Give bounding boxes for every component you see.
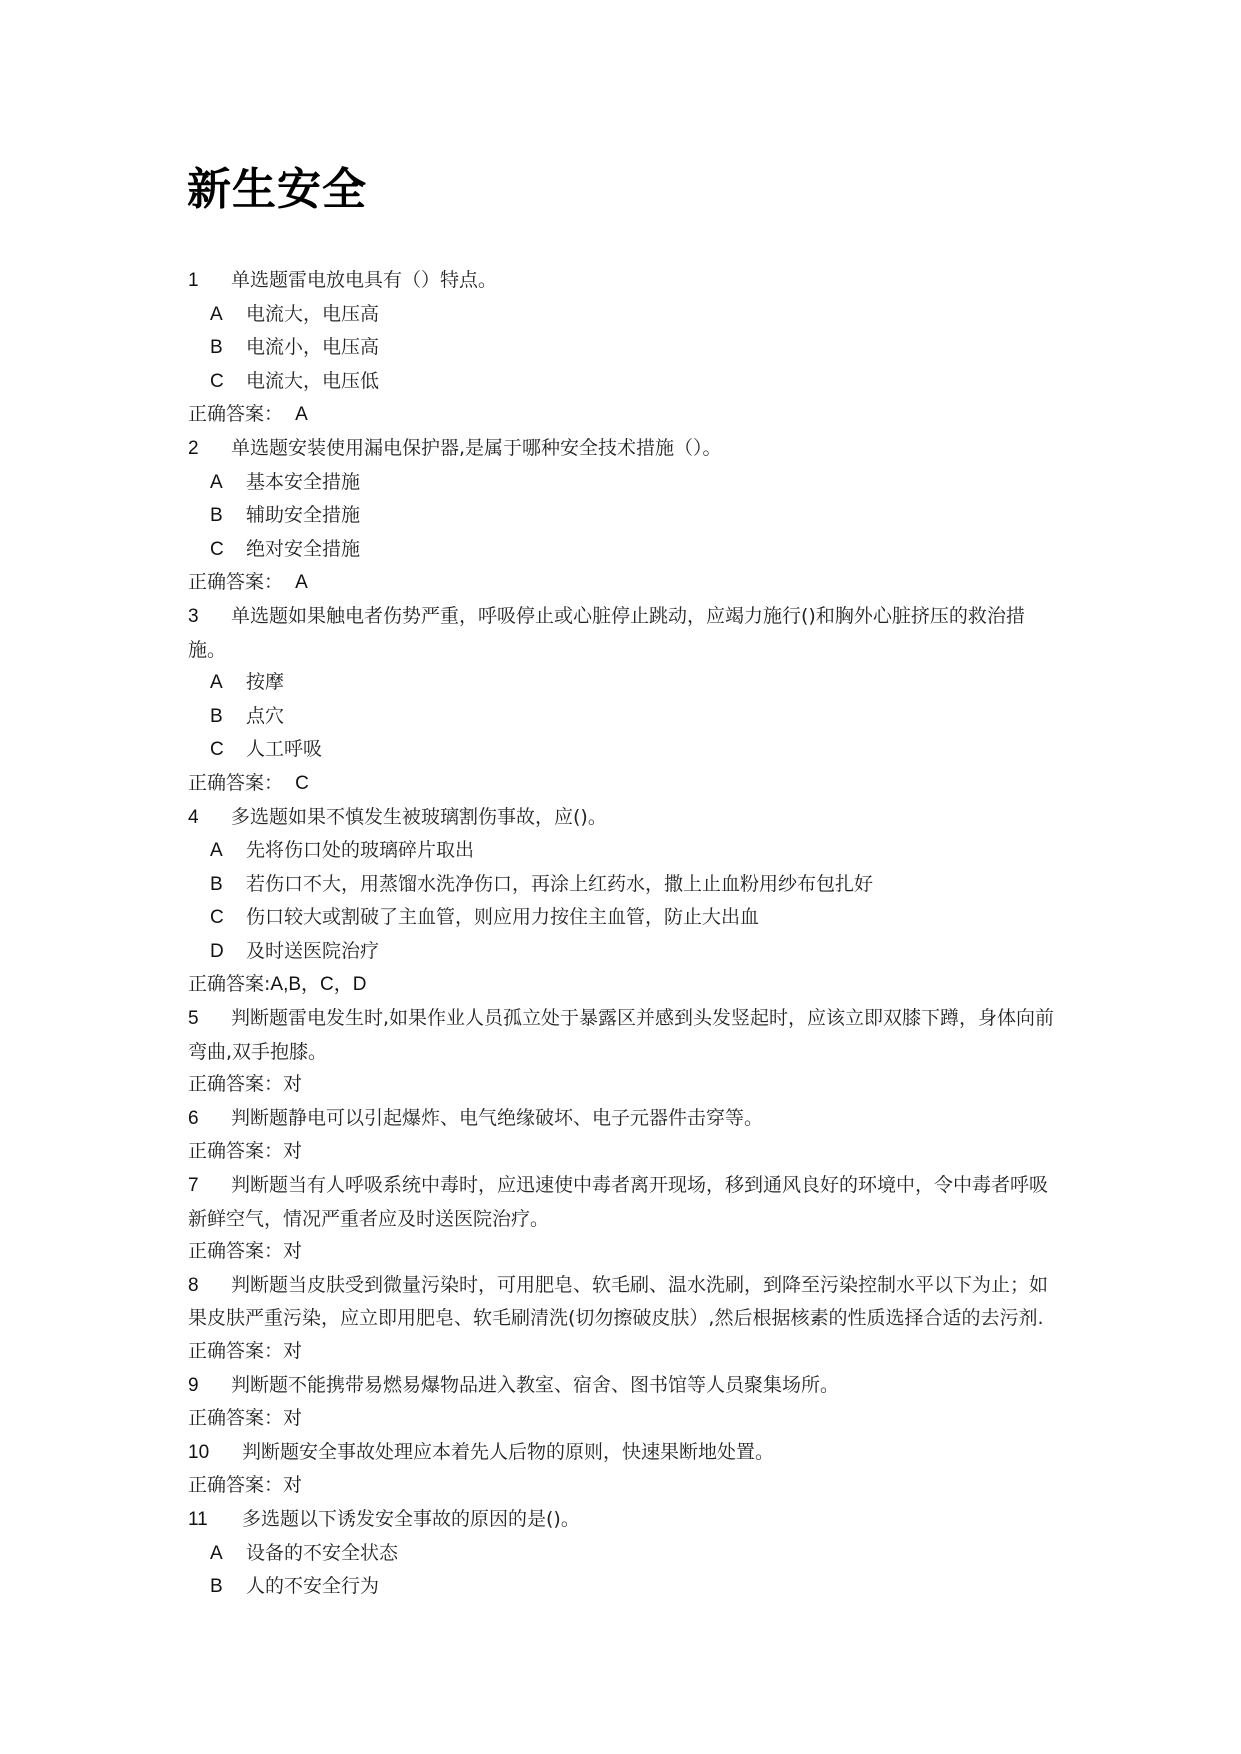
option-text: 基本安全措施 — [246, 471, 360, 493]
question-number: 7 — [188, 1170, 231, 1203]
answer-line: 正确答案： C — [188, 767, 1058, 801]
option-key: B — [210, 1571, 246, 1604]
question-3: 3单选题如果触电者伤势严重，呼吸停止或心脏停止跳动，应竭力施行()和胸外心脏挤压… — [188, 600, 1058, 801]
option-b: B辅助安全措施 — [188, 499, 1058, 533]
question-9: 9判断题不能携带易燃易爆物品进入教室、宿舍、图书馆等人员聚集场所。 正确答案：对 — [188, 1369, 1058, 1436]
option-key: A — [210, 667, 246, 700]
question-6: 6判断题静电可以引起爆炸、电气绝缘破坏、电子元器件击穿等。 正确答案：对 — [188, 1102, 1058, 1169]
answer-label: 正确答案： — [188, 772, 283, 794]
answer-line: 正确答案：对 — [188, 1235, 1058, 1269]
question-2: 2单选题安装使用漏电保护器,是属于哪种安全技术措施（）。 A基本安全措施 B辅助… — [188, 432, 1058, 600]
question-text: 单选题安装使用漏电保护器,是属于哪种安全技术措施（）。 — [231, 437, 722, 459]
option-key: B — [210, 500, 246, 533]
question-10: 10判断题安全事故处理应本着先人后物的原则，快速果断地处置。 正确答案：对 — [188, 1436, 1058, 1503]
option-key: C — [210, 534, 246, 567]
answer-line: 正确答案：对 — [188, 1135, 1058, 1169]
option-key: A — [210, 1538, 246, 1571]
answer-line: 正确答案： A — [188, 566, 1058, 600]
answer-value: 对 — [283, 1475, 302, 1496]
answer-value: A — [295, 572, 308, 593]
option-text: 伤口较大或割破了主血管，则应用力按住主血管，防止大出血 — [246, 906, 759, 928]
option-key: C — [210, 902, 246, 935]
option-key: B — [210, 869, 246, 902]
answer-value: 对 — [283, 1074, 302, 1095]
answer-value: 对 — [283, 1341, 302, 1362]
answer-label: 正确答案： — [188, 1474, 283, 1496]
option-key: D — [210, 936, 246, 969]
question-5: 5判断题雷电发生时,如果作业人员孤立处于暴露区并感到头发竖起时，应该立即双膝下蹲… — [188, 1002, 1058, 1102]
option-c: C人工呼吸 — [188, 733, 1058, 767]
answer-label: 正确答案： — [188, 1340, 283, 1362]
question-text: 判断题静电可以引起爆炸、电气绝缘破坏、电子元器件击穿等。 — [231, 1107, 763, 1129]
answer-line: 正确答案：对 — [188, 1068, 1058, 1102]
question-stem: 4多选题如果不慎发生被玻璃割伤事故，应()。 — [188, 801, 1058, 835]
question-number: 6 — [188, 1103, 231, 1136]
answer-value: 对 — [283, 1141, 302, 1162]
answer-label: 正确答案： — [188, 571, 283, 593]
option-key: B — [210, 701, 246, 734]
answer-value: C — [295, 773, 309, 794]
question-stem: 9判断题不能携带易燃易爆物品进入教室、宿舍、图书馆等人员聚集场所。 — [188, 1369, 1058, 1403]
option-b: B若伤口不大，用蒸馏水洗净伤口，再涂上红药水，撒上止血粉用纱布包扎好 — [188, 868, 1058, 902]
option-d: D及时送医院治疗 — [188, 935, 1058, 969]
option-key: A — [210, 467, 246, 500]
option-text: 人工呼吸 — [246, 738, 322, 760]
option-key: A — [210, 835, 246, 868]
answer-label: 正确答案： — [188, 403, 283, 425]
question-11: 11多选题以下诱发安全事故的原因的是()。 A设备的不安全状态 B人的不安全行为 — [188, 1503, 1058, 1604]
answer-line: 正确答案：对 — [188, 1335, 1058, 1369]
option-text: 电流大，电压低 — [246, 370, 379, 392]
question-text: 判断题当皮肤受到微量污染时，可用肥皂、软毛刷、温水洗刷，到降至污染控制水平以下为… — [188, 1274, 1048, 1330]
answer-label: 正确答案: — [188, 973, 270, 995]
option-text: 电流大，电压高 — [246, 303, 379, 325]
option-a: A按摩 — [188, 666, 1058, 700]
answer-label: 正确答案： — [188, 1240, 283, 1262]
question-number: 9 — [188, 1370, 231, 1403]
option-text: 及时送医院治疗 — [246, 940, 379, 962]
option-text: 绝对安全措施 — [246, 538, 360, 560]
question-number: 2 — [188, 433, 231, 466]
option-text: 若伤口不大，用蒸馏水洗净伤口，再涂上红药水，撒上止血粉用纱布包扎好 — [246, 873, 873, 895]
question-text: 单选题如果触电者伤势严重，呼吸停止或心脏停止跳动，应竭力施行()和胸外心脏挤压的… — [188, 605, 1025, 661]
answer-line: 正确答案： A — [188, 398, 1058, 432]
option-a: A先将伤口处的玻璃碎片取出 — [188, 834, 1058, 868]
option-text: 先将伤口处的玻璃碎片取出 — [246, 839, 474, 861]
answer-label: 正确答案： — [188, 1140, 283, 1162]
option-text: 点穴 — [246, 705, 284, 727]
question-number: 1 — [188, 265, 231, 298]
question-stem: 1单选题雷电放电具有（）特点。 — [188, 264, 1058, 298]
question-number: 10 — [188, 1437, 242, 1470]
option-text: 设备的不安全状态 — [246, 1542, 398, 1564]
question-text: 判断题不能携带易燃易爆物品进入教室、宿舍、图书馆等人员聚集场所。 — [231, 1374, 839, 1396]
question-4: 4多选题如果不慎发生被玻璃割伤事故，应()。 A先将伤口处的玻璃碎片取出 B若伤… — [188, 801, 1058, 1003]
question-stem: 10判断题安全事故处理应本着先人后物的原则，快速果断地处置。 — [188, 1436, 1058, 1470]
answer-value: 对 — [283, 1408, 302, 1429]
question-stem: 5判断题雷电发生时,如果作业人员孤立处于暴露区并感到头发竖起时，应该立即双膝下蹲… — [188, 1002, 1058, 1068]
option-a: A设备的不安全状态 — [188, 1537, 1058, 1571]
option-c: C绝对安全措施 — [188, 533, 1058, 567]
option-b: B电流小，电压高 — [188, 331, 1058, 365]
answer-label: 正确答案： — [188, 1073, 283, 1095]
answer-line: 正确答案:A,B，C，D — [188, 968, 1058, 1002]
question-stem: 2单选题安装使用漏电保护器,是属于哪种安全技术措施（）。 — [188, 432, 1058, 466]
option-key: C — [210, 366, 246, 399]
question-text: 单选题雷电放电具有（）特点。 — [231, 269, 497, 291]
option-text: 按摩 — [246, 671, 284, 693]
answer-line: 正确答案：对 — [188, 1469, 1058, 1503]
question-stem: 11多选题以下诱发安全事故的原因的是()。 — [188, 1503, 1058, 1537]
question-stem: 7判断题当有人呼吸系统中毒时，应迅速使中毒者离开现场，移到通风良好的环境中，令中… — [188, 1169, 1058, 1235]
option-b: B点穴 — [188, 700, 1058, 734]
question-stem: 3单选题如果触电者伤势严重，呼吸停止或心脏停止跳动，应竭力施行()和胸外心脏挤压… — [188, 600, 1058, 666]
document-page: 新生安全 1单选题雷电放电具有（）特点。 A电流大，电压高 B电流小，电压高 C… — [0, 0, 1241, 1754]
question-number: 11 — [188, 1504, 242, 1537]
question-stem: 6判断题静电可以引起爆炸、电气绝缘破坏、电子元器件击穿等。 — [188, 1102, 1058, 1136]
question-number: 5 — [188, 1003, 231, 1036]
question-text: 判断题当有人呼吸系统中毒时，应迅速使中毒者离开现场，移到通风良好的环境中，令中毒… — [188, 1174, 1048, 1230]
answer-value: 对 — [283, 1241, 302, 1262]
question-number: 3 — [188, 601, 231, 634]
question-text: 多选题如果不慎发生被玻璃割伤事故，应()。 — [231, 806, 607, 828]
answer-value: A — [295, 404, 308, 425]
answer-line: 正确答案：对 — [188, 1402, 1058, 1436]
option-key: A — [210, 299, 246, 332]
option-text: 人的不安全行为 — [246, 1575, 379, 1597]
option-c: C伤口较大或割破了主血管，则应用力按住主血管，防止大出血 — [188, 901, 1058, 935]
question-text: 判断题安全事故处理应本着先人后物的原则，快速果断地处置。 — [242, 1441, 774, 1463]
answer-value: A,B，C，D — [270, 974, 366, 995]
document-title: 新生安全 — [187, 160, 367, 220]
option-text: 辅助安全措施 — [246, 504, 360, 526]
question-text: 判断题雷电发生时,如果作业人员孤立处于暴露区并感到头发竖起时，应该立即双膝下蹲，… — [188, 1007, 1054, 1063]
question-1: 1单选题雷电放电具有（）特点。 A电流大，电压高 B电流小，电压高 C电流大，电… — [188, 264, 1058, 432]
question-number: 8 — [188, 1270, 231, 1303]
question-7: 7判断题当有人呼吸系统中毒时，应迅速使中毒者离开现场，移到通风良好的环境中，令中… — [188, 1169, 1058, 1269]
question-text: 多选题以下诱发安全事故的原因的是()。 — [242, 1508, 580, 1530]
answer-label: 正确答案： — [188, 1407, 283, 1429]
question-list: 1单选题雷电放电具有（）特点。 A电流大，电压高 B电流小，电压高 C电流大，电… — [188, 264, 1058, 1604]
option-key: C — [210, 734, 246, 767]
question-number: 4 — [188, 802, 231, 835]
option-key: B — [210, 332, 246, 365]
option-c: C电流大，电压低 — [188, 365, 1058, 399]
question-8: 8判断题当皮肤受到微量污染时，可用肥皂、软毛刷、温水洗刷，到降至污染控制水平以下… — [188, 1269, 1058, 1369]
option-a: A基本安全措施 — [188, 466, 1058, 500]
option-b: B人的不安全行为 — [188, 1570, 1058, 1604]
option-a: A电流大，电压高 — [188, 298, 1058, 332]
question-stem: 8判断题当皮肤受到微量污染时，可用肥皂、软毛刷、温水洗刷，到降至污染控制水平以下… — [188, 1269, 1058, 1335]
option-text: 电流小，电压高 — [246, 336, 379, 358]
